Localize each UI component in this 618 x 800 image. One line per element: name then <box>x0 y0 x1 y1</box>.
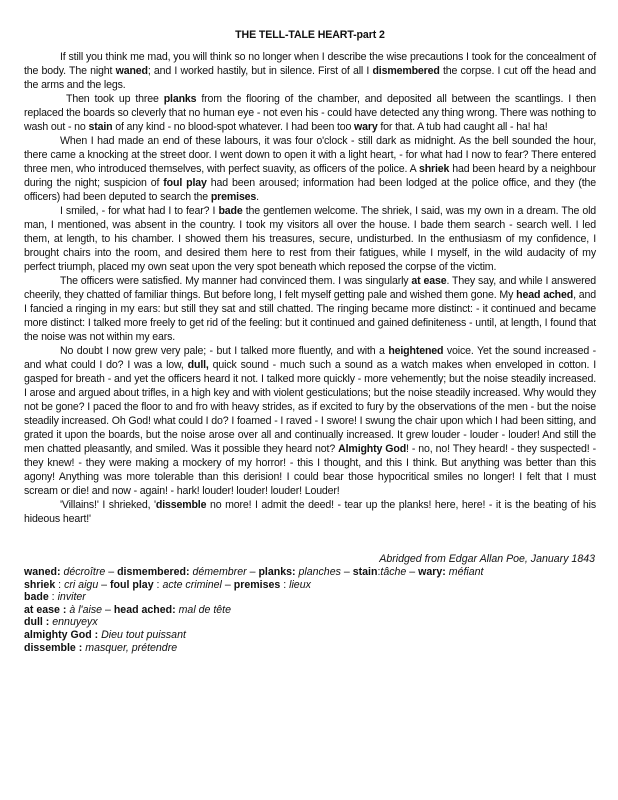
glossary-term: almighty God : <box>24 629 98 641</box>
story-paragraph: Then took up three planks from the floor… <box>24 92 596 134</box>
glossary-separator: – <box>225 579 231 591</box>
vocabulary-word: wary <box>354 121 378 133</box>
glossary-term: premises <box>234 579 281 591</box>
paragraph-text: Then took up three <box>66 93 164 105</box>
glossary-term: dull : <box>24 616 49 628</box>
glossary-definition: cri aigu <box>64 579 98 591</box>
paragraph-text: The officers were satisfied. My manner h… <box>60 275 411 287</box>
glossary-term: dissemble : <box>24 642 82 654</box>
glossary-line: at ease : à l'aise – head ached: mal de … <box>24 604 596 617</box>
glossary-separator: – <box>409 566 415 578</box>
vocabulary-word: Almighty God <box>338 443 406 455</box>
glossary-definition: méfiant <box>449 566 484 578</box>
paragraph-text: No doubt I now grew very pale; - but I t… <box>60 345 388 357</box>
vocabulary-word: waned <box>116 65 148 77</box>
glossary-line: shriek : cri aigu – foul play : acte cri… <box>24 579 596 592</box>
glossary-definition: tâche <box>380 566 406 578</box>
story-paragraph: If still you think me mad, you will thin… <box>24 50 596 92</box>
glossary-term: stain <box>353 566 378 578</box>
glossary-separator: – <box>101 579 107 591</box>
glossary-term: bade <box>24 591 49 603</box>
vocabulary-word: dissemble <box>156 499 206 511</box>
story-paragraph: When I had made an end of these labours,… <box>24 134 596 204</box>
glossary-colon: : <box>55 579 64 591</box>
glossary-term: dismembered: <box>117 566 189 578</box>
glossary-definition: planches <box>298 566 340 578</box>
glossary-line: dull : ennuyeyx <box>24 616 596 629</box>
glossary-term: foul play <box>110 579 154 591</box>
paragraph-text: 'Villains!' I shrieked, ' <box>60 499 156 511</box>
glossary-term: at ease : <box>24 604 66 616</box>
source-attribution: Abridged from Edgar Allan Poe, January 1… <box>24 552 596 566</box>
paragraph-text: I smiled, - for what had I to fear? I <box>60 205 218 217</box>
glossary-colon: : <box>280 579 289 591</box>
glossary-definition: masquer, prétendre <box>85 642 177 654</box>
paragraph-text: for that. A tub had caught all - ha! ha! <box>378 121 548 133</box>
glossary-term: head ached: <box>114 604 176 616</box>
glossary-line: bade : inviter <box>24 591 596 604</box>
glossary-term: wary: <box>418 566 446 578</box>
glossary-definition: ennuyeyx <box>52 616 97 628</box>
vocabulary-glossary: waned: décroître – dismembered: démembre… <box>24 566 596 654</box>
glossary-line: almighty God : Dieu tout puissant <box>24 629 596 642</box>
story-body: If still you think me mad, you will thin… <box>24 50 596 526</box>
vocabulary-word: dull, <box>188 359 209 371</box>
paragraph-text: quick sound - much such a sound as a wat… <box>24 359 596 455</box>
glossary-line: dissemble : masquer, prétendre <box>24 642 596 655</box>
glossary-separator: – <box>108 566 114 578</box>
vocabulary-word: dismembered <box>372 65 439 77</box>
vocabulary-word: shriek <box>419 163 449 175</box>
glossary-line: waned: décroître – dismembered: démembre… <box>24 566 596 579</box>
glossary-term: planks: <box>258 566 295 578</box>
vocabulary-word: at ease <box>411 275 446 287</box>
story-paragraph: 'Villains!' I shrieked, 'dissemble no mo… <box>24 498 596 526</box>
story-paragraph: No doubt I now grew very pale; - but I t… <box>24 344 596 498</box>
vocabulary-word: bade <box>218 205 242 217</box>
glossary-definition: mal de tête <box>179 604 231 616</box>
glossary-colon: : <box>49 591 58 603</box>
glossary-definition: démembrer <box>192 566 246 578</box>
page-title: THE TELL-TALE HEART-part 2 <box>24 28 596 42</box>
vocabulary-word: premises <box>211 191 256 203</box>
story-paragraph: The officers were satisfied. My manner h… <box>24 274 596 344</box>
document-page: THE TELL-TALE HEART-part 2 If still you … <box>0 0 618 800</box>
paragraph-text: of any kind - no blood-spot whatever. I … <box>112 121 354 133</box>
glossary-definition: Dieu tout puissant <box>101 629 186 641</box>
glossary-separator: – <box>105 604 111 616</box>
paragraph-text: ; and I worked hastily, but in silence. … <box>148 65 373 77</box>
glossary-definition: inviter <box>58 591 86 603</box>
glossary-definition: lieux <box>289 579 311 591</box>
glossary-definition: décroître <box>63 566 105 578</box>
vocabulary-word: foul play <box>163 177 206 189</box>
vocabulary-word: planks <box>164 93 197 105</box>
glossary-term: waned: <box>24 566 61 578</box>
glossary-separator: – <box>250 566 256 578</box>
glossary-definition: acte criminel <box>162 579 221 591</box>
paragraph-text: . <box>256 191 259 203</box>
glossary-separator: – <box>344 566 350 578</box>
story-paragraph: I smiled, - for what had I to fear? I ba… <box>24 204 596 274</box>
vocabulary-word: head ached <box>516 289 573 301</box>
vocabulary-word: stain <box>88 121 112 133</box>
glossary-definition: à l'aise <box>69 604 102 616</box>
glossary-term: shriek <box>24 579 55 591</box>
vocabulary-word: heightened <box>388 345 443 357</box>
